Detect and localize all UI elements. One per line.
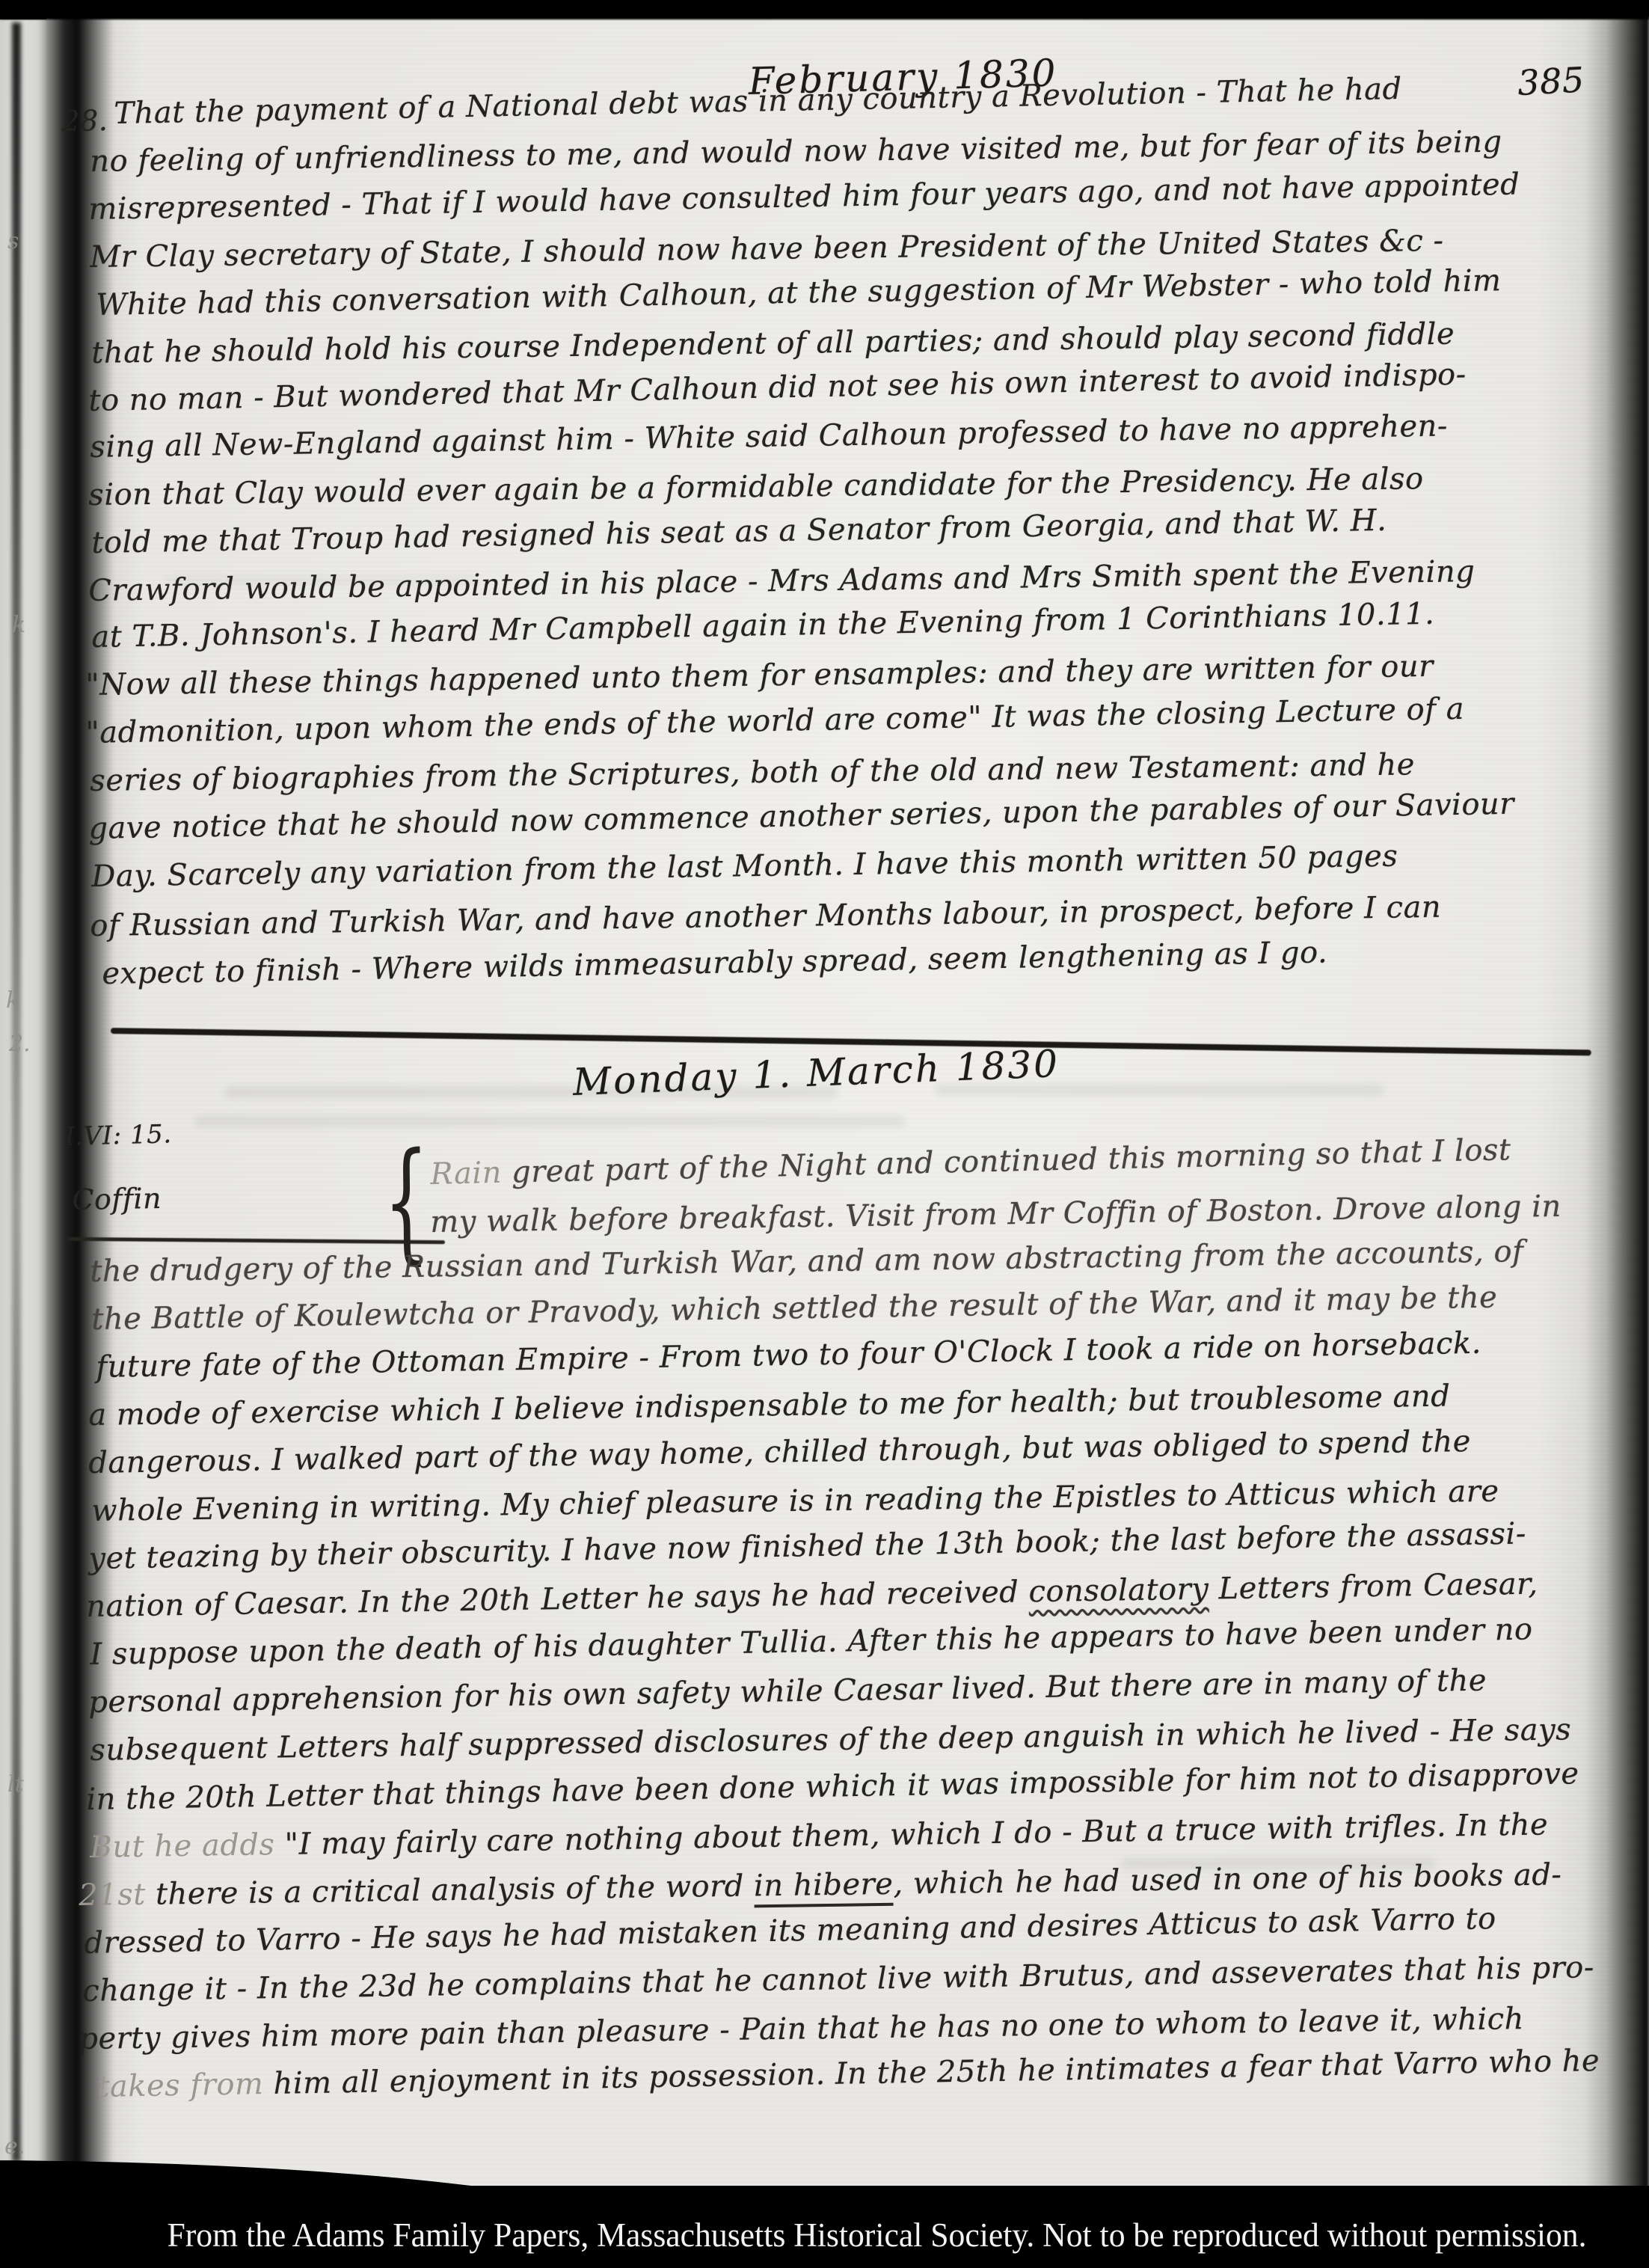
manuscript-scan-page: s k k 2. lt e. February 1830 385 28. Tha… [0,0,1649,2268]
faded-words: takes from [97,2067,274,2104]
page-number: 385 [1517,61,1585,102]
margin-note-coffin: Coffin [72,1183,162,1216]
bleedthrough-mark: s [7,228,19,254]
underlined-word: in hibere [754,1867,894,1908]
bleedthrough-mark: 2. [9,1031,31,1057]
margin-citation: I.VI: 15. [64,1121,172,1151]
bleedthrough-mark: k [6,987,19,1014]
faded-words: 21st [79,1878,156,1913]
line-text: Letters from Caesar, [1209,1567,1538,1607]
facing-page-edge-shadow [12,22,21,2162]
showthrough-streak [194,1116,905,1127]
brace-mark: { [383,1135,430,1268]
faded-word: Rain [430,1156,512,1192]
page-fore-edge [1584,0,1649,2268]
faded-words: But he adds [90,1827,285,1865]
scan-top-border [0,0,1649,19]
archive-footer-text: From the Adams Family Papers, Massachuse… [135,2216,1619,2255]
entry-day-marker: 28. [61,105,108,138]
bleedthrough-mark: k [12,612,25,638]
underlined-word: consolatory [1028,1572,1209,1609]
bleedthrough-mark: e. [4,2133,25,2160]
bleedthrough-mark: lt [7,1771,24,1797]
